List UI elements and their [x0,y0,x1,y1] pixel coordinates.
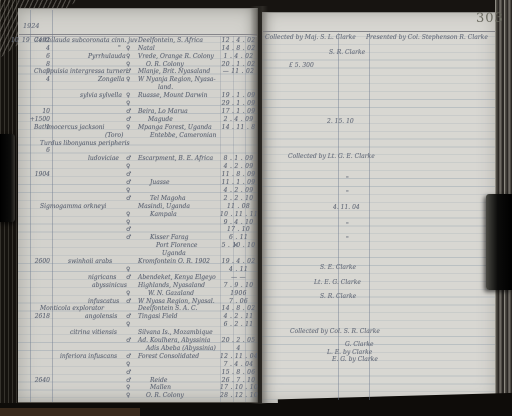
left-page-top-edge [18,8,258,9]
ledger-row: 4 "♀Natal 14 . 8 . 02 [0,45,512,53]
ledger-row: ♀ 4 . 11 [0,266,512,274]
ledger-row: ludoviciae♂Escarpment, B. E. Africa 8 . … [0,155,512,163]
handwriting-note: " [346,190,349,197]
ledger-row: ♂ 15 . 8 . 06 [0,369,512,377]
presented-by-note: Presented by Col. Stephenson R. Clarke [366,34,488,41]
collected-by-note: Collected by Maj. S. L. Clarke [265,34,356,41]
handwriting-note: S. R. Clarke [329,49,365,56]
ledger-row: ♂Kisser Farag 6 . 11 [0,234,512,242]
handwriting-note: £ 5. 300 [289,62,314,69]
ledger-row: sylvia sylvella♀Ruasse, Mount Darwin 19 … [0,92,512,100]
handwriting-note: E. G. by Clarke [332,356,378,363]
ledger-row: ♀ 4 . 2 . 09 [0,163,512,171]
ledger-row: ♂Tel Magoha 2 . 2 . 10 [0,195,512,203]
ledger-row: nigricans♂Abendeket, Kenya Elgeyo — — [0,274,512,282]
ledger-row: (Toro)Entebbe, Cameronian [0,132,512,140]
ledger-row: 2600 swinhoii arabsKromfontein O. R. 190… [0,258,512,266]
handwriting-note: Collected by Col. S. R. Clarke [290,328,380,335]
ledger-row: land. [0,84,512,92]
handwriting-note: L. E. by Clarke [327,349,372,356]
ledger-row: ♂ 17 . 10 [0,226,512,234]
ledger-book-photo: 1924 303 10192492 Certhilauda subcoronat… [0,0,512,416]
ledger-row: ♀ 29 . 1 . 09 [0,100,512,108]
ledger-row: 1 Bathmocercus jacksoni♀Mpanga Forest, U… [0,124,512,132]
handwriting-note: " [346,222,349,229]
ledger-row: Monticola exploratorDeelfontein S. A. C.… [0,305,512,313]
ledger-row: 1904 ♂ 11 . 8 . 09 [0,171,512,179]
ledger-row: ♀Kampala 10 . 11 . 11 [0,211,512,219]
ledger-row: citrina vitiensisSilvana Is., Mozambique [0,329,512,337]
handwriting-note: Collected by Lt. G. E. Clarke [288,153,375,160]
handwriting-note: G. Clarke [345,341,374,348]
ledger-row: ♀ 7 . 4 . 04 [0,361,512,369]
ledger-row: ♂Ad. Koulhera, Abyssinia 20 . 2 . 05 [0,337,512,345]
right-header-rule [263,31,495,32]
handwriting-note: 2. 15. 10 [327,118,354,125]
ledger-row: 6 Pyrrhulauda♀Vrede, Orange R. Colony 1 … [0,53,512,61]
ledger-row: ♀Mallen 17 . 10 . 10 [0,384,512,392]
ledger-row: ♀O. R. Colony 28 . 12 . 10 [0,392,512,400]
ledger-row: ♂Juasse 11 . 1 . 09 [0,179,512,187]
ledger-row: 6 [0,147,512,155]
ledger-row: ♀ 6 . 2 . 11 [0,321,512,329]
ledger-row: abyssinicusHighlands, Nyasaland 7 . 9 . … [0,282,512,290]
ledger-row: ♀ 9 . 4 . 10 [0,219,512,227]
ledger-row: Turdus libonyanus peripheris [0,140,512,148]
year-label: 1924 [23,22,40,30]
handwriting-note: S. R. Clarke [320,293,356,300]
ledger-row: Adis Abeba (Abyssinia) 4 [0,345,512,353]
ledger-row: 9 Chappuisia intergressa turneri♂Mlanje,… [0,68,512,76]
left-header-rule [19,34,257,35]
ledger-row: ♀W. N. Gazaland 1906 [0,290,512,298]
ledger-row: 8 ♀O. R. Colony 20 . 1 . 02 [0,61,512,69]
ledger-row: 2618 angolensis♂Tingasi Field 4 . 2 . 11 [0,313,512,321]
ledger-row: 2640 ♂Reide 26 . 7 . 10 [0,377,512,385]
handwriting-note: " [346,176,349,183]
table-surface [0,408,140,416]
ledger-row: +1500 ♂Magude 2 . 4 . 09 [0,116,512,124]
ledger-row: 10 ♂Beira, Lo Marua 17 . 1 . 09 [0,108,512,116]
ledger-row: ♀ 4 . 2 . 09 [0,187,512,195]
ledger-row: Port Florence 5 . 10 . 10× [0,242,512,250]
ledger-row: Uganda [0,250,512,258]
handwriting-note: S. E. Clarke [320,264,356,271]
right-page-top-edge [262,12,495,13]
ledger-row: infuscatus♂W Nyasa Region, Nyasal. 7 . 0… [0,298,512,306]
page-number: 303 [476,11,504,26]
ledger-row: 4 Zongella♀W Nyanja Region, Nyasa- [0,76,512,84]
ledger-row: Sigmogamma orkneyiMasindi, Uganda 11 . 0… [0,203,512,211]
handwriting-note: Lt. E. G. Clarke [314,279,361,286]
handwriting-note: 4. 11. 04 [333,204,360,211]
handwriting-note: " [346,236,349,243]
ledger-row: inferiora infuscans♂Forest Consolidated … [0,353,512,361]
